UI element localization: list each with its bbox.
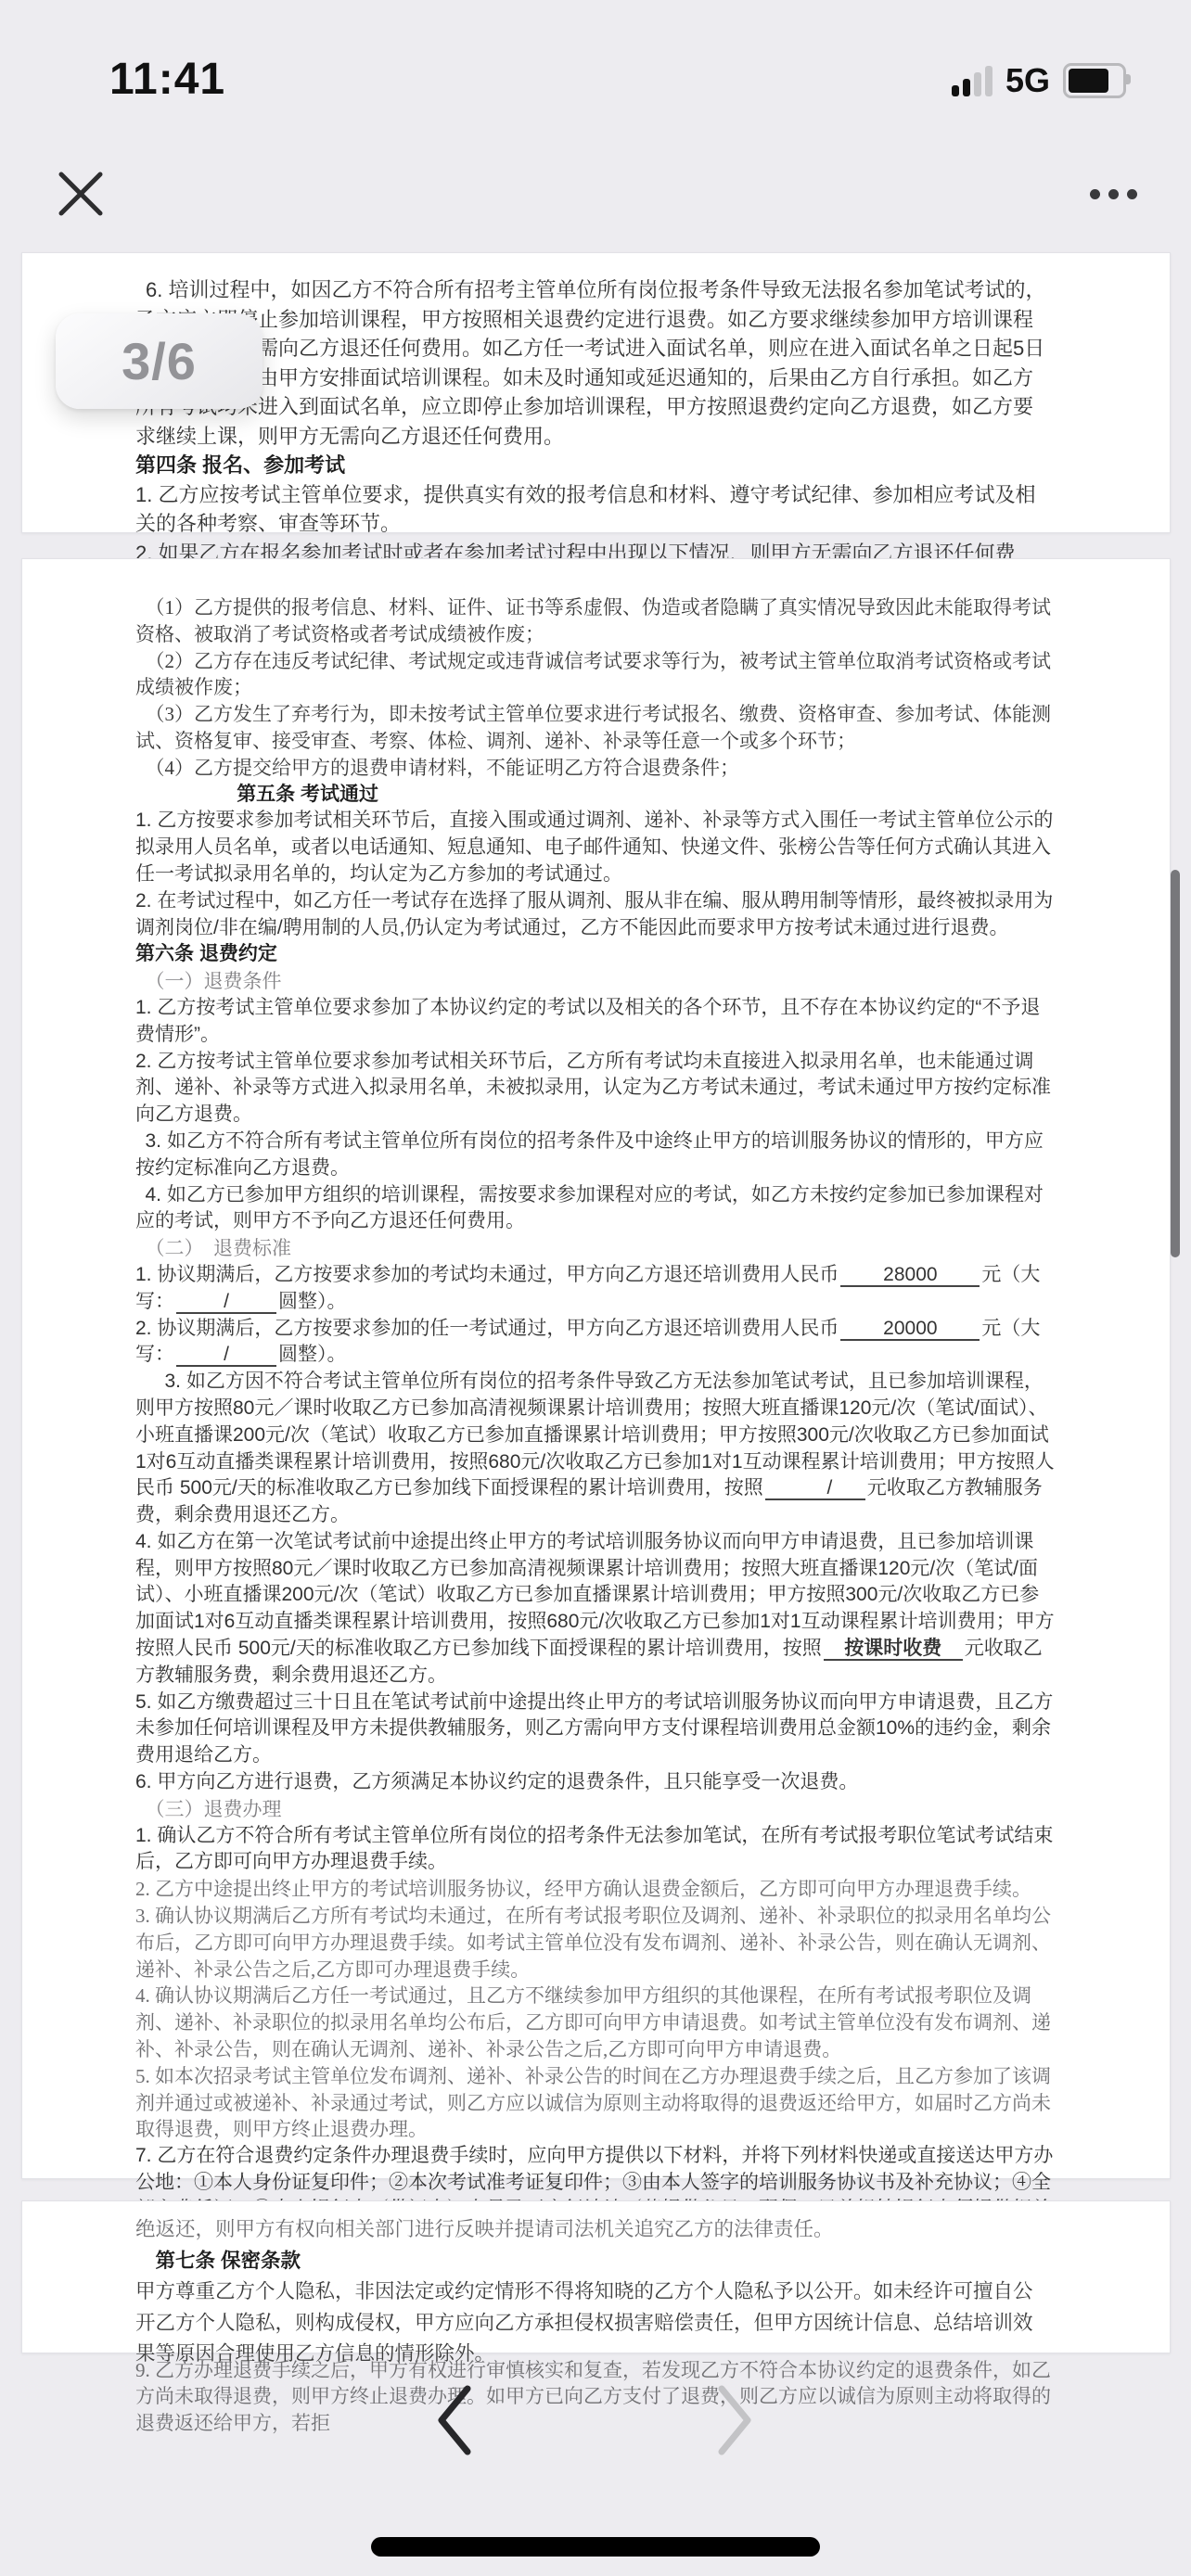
page-navigation [0, 2383, 1191, 2467]
close-icon [54, 167, 108, 221]
paragraph: 3. 如乙方因不符合考试主管单位所有岗位的招考条件导致乙方无法参加笔试考试，且已… [135, 1369, 1058, 1529]
document-card-main: （1）乙方提供的报考信息、材料、证件、证书等系虚假、伪造或者隐瞒了真实情况导致因… [21, 558, 1171, 2179]
paragraph: （1）乙方提供的报考信息、材料、证件、证书等系虚假、伪造或者隐瞒了真实情况导致因… [135, 594, 1058, 648]
paragraph: 4. 确认协议期满后乙方任一考试通过，且乙方不继续参加甲方组织的其他课程，在所有… [135, 1983, 1058, 2062]
paragraph: （2）乙方存在违反考试纪律、考试规定或违背诚信考试要求等行为，被考试主管单位取消… [135, 648, 1058, 702]
paragraph: （三）退费办理 [135, 1796, 1058, 1823]
document-card-bottom: 绝返还，则甲方有权向相关部门进行反映并提请司法机关追究乙方的法律责任。第七条 保… [21, 2200, 1171, 2353]
paragraph: （二） 退费标准 [135, 1235, 1058, 1262]
scrollbar-thumb[interactable] [1171, 870, 1180, 1257]
page-number-label: 3/6 [122, 331, 197, 391]
paragraph: 1. 乙方按要求参加考试相关环节后，直接入围或通过调剂、递补、补录等方式入围任一… [135, 808, 1058, 887]
paragraph: 3. 确认协议期满后乙方所有考试均未通过，在所有考试报考职位及调剂、递补、补录职… [135, 1903, 1058, 1983]
paragraph: 4. 如乙方已参加甲方组织的培训课程，需按要求参加课程对应的考试，如乙方未按约定… [135, 1182, 1058, 1236]
paragraph: 3. 如乙方不符合所有考试主管单位所有岗位的招考条件及中途终止甲方的培训服务协议… [135, 1129, 1058, 1182]
paragraph: 第四条 报名、参加考试 [135, 451, 1051, 480]
paragraph: 5. 如本次招录考试主管单位发布调剂、递补、补录公告的时间在乙方办理退费手续之后… [135, 2063, 1058, 2143]
paragraph: 1. 协议期满后，乙方按要求参加的考试均未通过，甲方向乙方退还培训费用人民币28… [135, 1262, 1058, 1316]
paragraph: 4. 如乙方在第一次笔试考试前中途提出终止甲方的考试培训服务协议而向甲方申请退费… [135, 1529, 1058, 1690]
paragraph: 绝返还，则甲方有权向相关部门进行反映并提请司法机关追究乙方的法律责任。 [135, 2214, 1051, 2246]
paragraph: 1. 乙方应按考试主管单位要求，提供真实有效的报考信息和材料、遵守考试纪律、参加… [135, 480, 1051, 539]
paragraph: 第七条 保密条款 [135, 2246, 1051, 2277]
status-icons: 5G [952, 61, 1126, 100]
paragraph: 6. 甲方向乙方进行退费，乙方须满足本协议约定的退费条件，且只能享受一次退费。 [135, 1769, 1058, 1796]
paragraph: 2. 乙方中途提出终止甲方的考试培训服务协议，经甲方确认退费金额后，乙方即可向甲… [135, 1876, 1058, 1903]
paragraph: 甲方尊重乙方个人隐私，非因法定或约定情形不得将知晓的乙方个人隐私予以公开。如未经… [135, 2276, 1051, 2370]
paragraph: 2. 乙方按考试主管单位要求参加考试相关环节后，乙方所有考试均未直接进入拟录用名… [135, 1049, 1058, 1129]
paragraph: 1. 乙方按考试主管单位要求参加了本协议约定的考试以及相关的各个环节，且不存在本… [135, 995, 1058, 1049]
paragraph: 5. 如乙方缴费超过三十日且在笔试考试前中途提出终止甲方的考试培训服务协议而向甲… [135, 1690, 1058, 1769]
network-type-label: 5G [1005, 61, 1050, 100]
viewer-toolbar [0, 158, 1191, 241]
paragraph: 6. 培训过程中，如因乙方不符合所有招考主管单位所有岗位报考条件导致无法报名参加… [135, 275, 1051, 451]
battery-icon [1063, 63, 1126, 98]
ellipsis-icon [1090, 189, 1100, 199]
paragraph: （4）乙方提交给甲方的退费申请材料，不能证明乙方符合退费条件； [135, 755, 1058, 782]
paragraph: 2. 在考试过程中，如乙方任一考试存在选择了服从调剂、服从非在编、服从聘用制等情… [135, 888, 1058, 942]
paragraph: （一）退费条件 [135, 968, 1058, 995]
home-indicator[interactable] [371, 2537, 820, 2557]
cellular-signal-icon [952, 65, 992, 96]
more-options-button[interactable] [1090, 180, 1137, 209]
paragraph: 1. 确认乙方不符合所有考试主管单位所有岗位的招考条件无法参加笔试，在所有考试报… [135, 1823, 1058, 1877]
chevron-right-icon [722, 2389, 748, 2452]
chevron-left-icon [442, 2389, 467, 2452]
status-bar: 11:41 5G [0, 37, 1191, 130]
paragraph: 2. 协议期满后，乙方按要求参加的任一考试通过，甲方向乙方退还培训费用人民币20… [135, 1316, 1058, 1370]
paragraph: 第六条 退费约定 [135, 941, 1058, 968]
close-button[interactable] [54, 167, 108, 221]
paragraph: （3）乙方发生了弃考行为，即未按考试主管单位要求进行考试报名、缴费、资格审查、参… [135, 701, 1058, 755]
previous-page-button[interactable] [434, 2383, 473, 2457]
document-viewer-screen: 11:41 5G 6. 培训过程中，如因乙方不符合所有招考主管单位所有岗位报考条… [0, 0, 1191, 2576]
page-number-badge: 3/6 [56, 313, 263, 409]
next-page-button[interactable] [716, 2383, 755, 2457]
clock-time: 11:41 [109, 54, 225, 105]
paragraph: 第五条 考试通过 [135, 782, 1058, 809]
